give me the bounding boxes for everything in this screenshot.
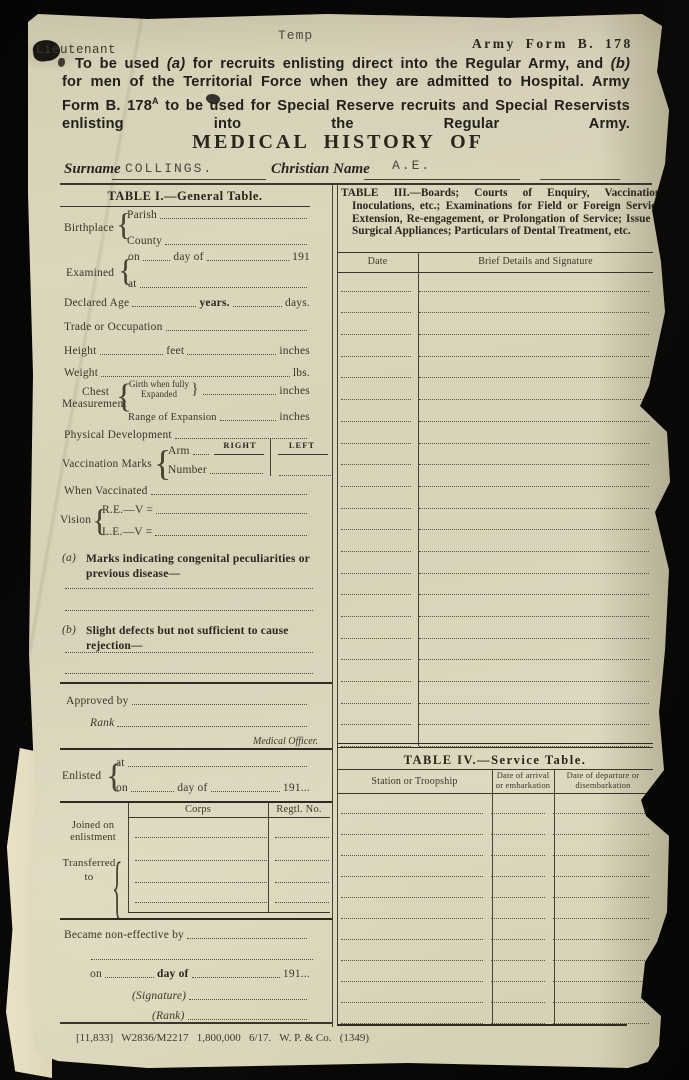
dotted-line xyxy=(275,824,329,838)
rank-label: Rank xyxy=(90,717,114,729)
vision-right-row: R.E.—V = xyxy=(102,502,310,516)
dotted-line xyxy=(101,376,290,377)
inches-label: inches xyxy=(279,411,310,423)
dotted-line xyxy=(341,356,411,357)
dotted-line xyxy=(275,869,329,883)
dotted-line xyxy=(135,869,267,883)
form-number: Army Form B. 178 xyxy=(472,36,633,52)
dotted-line xyxy=(155,535,307,536)
transferred-line-2: to xyxy=(85,871,94,883)
table3-body xyxy=(337,270,653,747)
dotted-line xyxy=(341,334,411,335)
table3-box-top-rule xyxy=(337,252,653,253)
dotted-line xyxy=(553,918,649,919)
dotted-line xyxy=(100,354,164,355)
table4-title: TABLE IV.—Service Table. xyxy=(337,753,653,768)
trade-row: Trade or Occupation xyxy=(64,318,310,333)
left-eye-label: L.E.—V = xyxy=(102,526,152,538)
county-label: County xyxy=(127,235,162,247)
table3-empty-row xyxy=(337,595,653,617)
dotted-line xyxy=(553,876,649,877)
double-rule xyxy=(337,743,653,748)
dotted-line xyxy=(341,551,411,552)
on-label: on xyxy=(116,782,128,794)
dotted-line xyxy=(419,529,649,530)
table3-empty-row xyxy=(337,378,653,400)
table3-empty-row xyxy=(337,704,653,726)
dotted-line xyxy=(419,616,649,617)
birthplace-parish-row: Parish xyxy=(127,206,310,221)
declared-age-label: Declared Age xyxy=(64,297,129,309)
lbs-label: lbs. xyxy=(293,367,310,379)
dotted-line xyxy=(210,473,263,474)
table3-empty-row xyxy=(337,487,653,509)
inches-label: inches xyxy=(279,345,310,357)
dotted-line xyxy=(553,855,649,856)
dotted-line xyxy=(233,306,282,307)
enlisted-at-row: at xyxy=(116,755,310,769)
examined-label: Examined xyxy=(66,267,114,279)
dotted-line xyxy=(341,960,483,961)
dotted-line xyxy=(341,443,411,444)
dotted-line xyxy=(419,638,649,639)
dotted-line xyxy=(491,960,545,961)
dotted-line xyxy=(553,960,649,961)
corps-box-bottom-rule xyxy=(128,912,330,913)
arm-row: Arm xyxy=(168,442,212,457)
year-label: 191 xyxy=(292,251,310,263)
joined-line-2: enlistment xyxy=(70,832,116,843)
dotted-line xyxy=(187,354,276,355)
right-header: RIGHT xyxy=(214,440,266,450)
table4-empty-row xyxy=(337,814,653,835)
dotted-line xyxy=(135,824,267,838)
physical-development-row: Physical Development xyxy=(64,426,310,441)
form-instructions: To be used (a) for recruits enlisting di… xyxy=(62,55,630,133)
table1-title: TABLE I.—General Table. xyxy=(60,189,310,204)
left-column-bottom-rule xyxy=(60,1022,332,1024)
table3-empty-row xyxy=(337,530,653,552)
dotted-line xyxy=(187,938,307,939)
dotted-line xyxy=(419,443,649,444)
christian-name-line xyxy=(364,160,520,180)
dotted-line xyxy=(207,260,289,261)
table3-empty-row xyxy=(337,617,653,639)
years-label: years. xyxy=(199,297,229,309)
table4-empty-row xyxy=(337,961,653,982)
enlisted-on-row: onday of191... xyxy=(116,780,310,794)
girth-label: Girth when fully Expanded xyxy=(128,380,190,399)
dotted-line xyxy=(220,420,277,421)
dotted-line xyxy=(341,703,411,704)
dotted-line xyxy=(341,939,483,940)
dotted-line xyxy=(143,260,171,261)
dotted-line xyxy=(491,939,545,940)
dotted-line xyxy=(419,334,649,335)
instructions-sup-a: A xyxy=(152,96,159,106)
dotted-line xyxy=(135,889,267,903)
dotted-line xyxy=(341,897,483,898)
non-effective-label: Became non-effective by xyxy=(64,929,184,941)
table3-empty-row xyxy=(337,509,653,531)
dotted-line xyxy=(275,847,329,861)
chest-label-1: Chest xyxy=(82,386,109,398)
transferred-line-1: Transferred xyxy=(62,857,115,869)
year-label: 191... xyxy=(283,968,310,980)
table4-empty-row xyxy=(337,898,653,919)
declared-age-row: Declared Ageyears.days. xyxy=(64,294,310,309)
dotted-line xyxy=(156,513,307,514)
birthplace-county-row: County xyxy=(127,232,310,247)
page-title: MEDICAL HISTORY OF xyxy=(28,131,648,154)
table3-empty-row xyxy=(337,660,653,682)
year-label: 191... xyxy=(283,782,310,794)
dotted-line xyxy=(65,659,313,674)
table4-bottom-rule xyxy=(337,1024,627,1026)
dotted-line xyxy=(419,508,649,509)
girth-line-1: Girth when fully xyxy=(129,379,189,389)
dotted-line xyxy=(341,573,411,574)
dotted-line xyxy=(117,726,307,727)
table4-empty-row xyxy=(337,877,653,898)
girth-row: inches xyxy=(200,382,310,397)
rank-paren-label: (Rank) xyxy=(152,1010,185,1022)
dotted-line xyxy=(419,421,649,422)
dotted-line xyxy=(341,659,411,660)
army-form-paper: Temp Army Form B. 178 Lieutenant To be u… xyxy=(28,14,674,1068)
table3-empty-row xyxy=(337,682,653,704)
temp-annotation: Temp xyxy=(278,28,313,43)
joined-line-1: Joined on xyxy=(72,820,114,831)
table4-empty-row xyxy=(337,856,653,877)
dotted-line xyxy=(341,421,411,422)
heavy-rule xyxy=(60,918,332,920)
signature-label: (Signature) xyxy=(132,990,186,1002)
dotted-line xyxy=(341,464,411,465)
column-divider xyxy=(332,183,333,1027)
dotted-line xyxy=(419,486,649,487)
dotted-line xyxy=(132,306,196,307)
at-label: at xyxy=(128,278,137,290)
dotted-line xyxy=(341,291,411,292)
when-vaccinated-row: When Vaccinated xyxy=(64,482,310,497)
trade-label: Trade or Occupation xyxy=(64,321,163,333)
dotted-line xyxy=(65,638,313,653)
dotted-line xyxy=(419,399,649,400)
dotted-line xyxy=(341,508,411,509)
dotted-line xyxy=(189,999,307,1000)
scanned-form-page: Temp Army Form B. 178 Lieutenant To be u… xyxy=(0,0,689,1080)
dotted-line xyxy=(491,813,545,814)
dotted-line xyxy=(203,394,276,395)
arm-label: Arm xyxy=(168,445,190,457)
dotted-line xyxy=(341,724,411,725)
dotted-line xyxy=(341,1002,483,1003)
day-of-label: day of xyxy=(177,782,207,794)
dotted-line xyxy=(131,791,174,792)
christian-name-value: A.E. xyxy=(392,158,431,173)
dotted-line xyxy=(341,638,411,639)
left-underline xyxy=(278,454,328,455)
table3-empty-row xyxy=(337,313,653,335)
right-underline xyxy=(214,454,264,455)
corps-regtl-divider xyxy=(268,803,269,913)
height-row: Heightfeetinches xyxy=(64,342,310,357)
physical-development-label: Physical Development xyxy=(64,429,172,441)
approved-by-row: Approved by xyxy=(66,692,310,707)
instructions-a: (a) xyxy=(167,56,185,72)
dotted-line xyxy=(341,981,483,982)
dotted-line xyxy=(341,918,483,919)
dotted-line xyxy=(419,356,649,357)
table4-empty-row xyxy=(337,835,653,856)
dotted-line xyxy=(211,791,280,792)
days-label: days. xyxy=(285,297,310,309)
number-label: Number xyxy=(168,464,207,476)
dotted-line xyxy=(419,551,649,552)
dotted-line xyxy=(341,594,411,595)
dotted-line xyxy=(491,876,545,877)
dotted-line xyxy=(192,977,280,978)
printer-imprint: [11,833] W2836/M2217 1,800,000 6/17. W. … xyxy=(76,1032,369,1044)
range-expansion-row: Range of Expansioninches xyxy=(128,408,310,423)
dotted-line xyxy=(341,377,411,378)
on-label: on xyxy=(128,251,140,263)
dotted-line xyxy=(132,704,307,705)
table3-empty-row xyxy=(337,639,653,661)
dotted-line xyxy=(553,834,649,835)
trailing-line xyxy=(540,160,620,180)
dotted-line xyxy=(419,659,649,660)
table3-empty-row xyxy=(337,357,653,379)
dotted-line xyxy=(341,813,483,814)
table3-empty-row xyxy=(337,270,653,292)
non-effective-date-row: onday of191... xyxy=(90,966,310,980)
dotted-line xyxy=(491,897,545,898)
surname-value: COLLINGS. xyxy=(125,161,213,176)
instructions-text: for recruits enlisting direct into the R… xyxy=(185,56,611,72)
dotted-line xyxy=(419,724,649,725)
dotted-line xyxy=(165,244,307,245)
dotted-line xyxy=(341,529,411,530)
dotted-line xyxy=(341,486,411,487)
table3-title: TABLE III. xyxy=(341,187,410,199)
table3-empty-row xyxy=(337,422,653,444)
table3-empty-row xyxy=(337,444,653,466)
vaccination-marks-label: Vaccination Marks xyxy=(62,458,152,470)
dotted-line xyxy=(279,462,331,476)
enlisted-label: Enlisted xyxy=(62,770,101,782)
instructions-text: To be used xyxy=(75,56,167,72)
on-label: on xyxy=(90,968,102,980)
dotted-line xyxy=(193,454,209,455)
dotted-line xyxy=(175,438,307,439)
dotted-line xyxy=(553,1002,649,1003)
feet-label: feet xyxy=(166,345,184,357)
table4-empty-row xyxy=(337,1003,653,1024)
dotted-line xyxy=(419,703,649,704)
signature-row: (Signature) xyxy=(132,988,310,1002)
left-header: LEFT xyxy=(276,440,328,450)
table4-col-arrival: Date of arrival or embarkation xyxy=(494,771,552,790)
corps-header: Corps xyxy=(128,804,268,815)
non-effective-row: Became non-effective by xyxy=(64,926,310,941)
dotted-line xyxy=(491,855,545,856)
table4-empty-row xyxy=(337,793,653,814)
range-label: Range of Expansion xyxy=(128,412,217,423)
dotted-line xyxy=(188,1019,308,1020)
dotted-line xyxy=(341,399,411,400)
corps-header-rule xyxy=(128,817,330,818)
girth-close-brace: } xyxy=(191,381,199,399)
dotted-line xyxy=(419,573,649,574)
dotted-line xyxy=(128,766,307,767)
dotted-line xyxy=(341,616,411,617)
defects-b-prefix: (b) xyxy=(62,624,76,636)
girth-line-2: Expanded xyxy=(141,389,177,399)
dotted-line xyxy=(135,847,267,861)
approved-by-label: Approved by xyxy=(66,695,129,707)
vision-left-row: L.E.—V = xyxy=(102,524,310,538)
dotted-line xyxy=(419,594,649,595)
heavy-rule xyxy=(60,748,332,750)
day-of-label: day of xyxy=(173,251,203,263)
dotted-line xyxy=(91,946,313,960)
table4-empty-row xyxy=(337,982,653,1003)
vision-label: Vision xyxy=(60,514,91,526)
medical-officer-label: Medical Officer. xyxy=(208,736,318,747)
dotted-line xyxy=(160,218,307,219)
dotted-line xyxy=(491,834,545,835)
regtl-no-header: Regtl. No. xyxy=(268,804,330,815)
dotted-line xyxy=(65,574,313,589)
table3-col-details: Brief Details and Signature xyxy=(418,256,653,267)
dotted-line xyxy=(491,918,545,919)
table4-empty-row xyxy=(337,940,653,961)
dotted-line xyxy=(341,855,483,856)
weight-row: Weightlbs. xyxy=(64,364,310,379)
at-label: at xyxy=(116,757,125,769)
dotted-line xyxy=(341,834,483,835)
birthplace-label: Birthplace xyxy=(64,222,114,234)
table3-empty-row xyxy=(337,552,653,574)
dotted-line xyxy=(553,813,649,814)
dotted-line xyxy=(166,330,307,331)
dotted-line xyxy=(553,981,649,982)
rule-top xyxy=(60,183,652,185)
christian-name-label: Christian Name xyxy=(271,161,370,178)
marks-a-prefix: (a) xyxy=(62,552,76,564)
table4-col-station: Station or Troopship xyxy=(337,776,492,787)
table3-empty-row xyxy=(337,465,653,487)
parish-label: Parish xyxy=(127,209,157,221)
dotted-line xyxy=(419,464,649,465)
dotted-line xyxy=(341,312,411,313)
table3-heading: TABLE III.—Boards; Courts of Enquiry, Va… xyxy=(341,187,664,238)
joined-on-enlistment-label: Joined on enlistment xyxy=(60,820,126,844)
table3-empty-row xyxy=(337,292,653,314)
dotted-line xyxy=(140,287,307,288)
dotted-line xyxy=(419,681,649,682)
examined-on-row: onday of191 xyxy=(128,248,310,263)
dotted-line xyxy=(491,1002,545,1003)
dotted-line xyxy=(65,596,313,611)
heavy-rule xyxy=(60,682,332,684)
examined-at-row: at xyxy=(128,275,310,290)
dotted-line xyxy=(491,981,545,982)
dotted-line xyxy=(151,494,307,495)
dotted-line xyxy=(341,876,483,877)
corps-box-left-border xyxy=(128,803,129,913)
height-label: Height xyxy=(64,345,97,357)
table3-empty-row xyxy=(337,335,653,357)
dotted-line xyxy=(341,681,411,682)
dotted-line xyxy=(419,377,649,378)
dotted-line xyxy=(419,312,649,313)
heavy-rule xyxy=(60,801,332,803)
table3-empty-row xyxy=(337,400,653,422)
dotted-line xyxy=(275,889,329,903)
table3-col-date: Date xyxy=(337,256,418,267)
right-eye-label: R.E.—V = xyxy=(102,504,153,516)
table4-body xyxy=(337,793,653,1024)
number-row: Number xyxy=(168,462,266,476)
rank-row: Rank xyxy=(90,714,310,729)
instructions-b: (b) xyxy=(611,56,630,72)
dotted-line xyxy=(419,291,649,292)
dotted-line xyxy=(553,939,649,940)
rank-paren-row: (Rank) xyxy=(152,1008,310,1022)
table3-empty-row xyxy=(337,574,653,596)
inches-label: inches xyxy=(279,385,310,397)
right-left-divider xyxy=(270,438,271,476)
table4-col-departure: Date of departure or disembarkation xyxy=(555,771,651,790)
dotted-line xyxy=(105,977,154,978)
day-of-label: day of xyxy=(157,968,189,980)
when-vaccinated-label: When Vaccinated xyxy=(64,485,148,497)
dotted-line xyxy=(553,897,649,898)
weight-label: Weight xyxy=(64,367,98,379)
table4-empty-row xyxy=(337,919,653,940)
